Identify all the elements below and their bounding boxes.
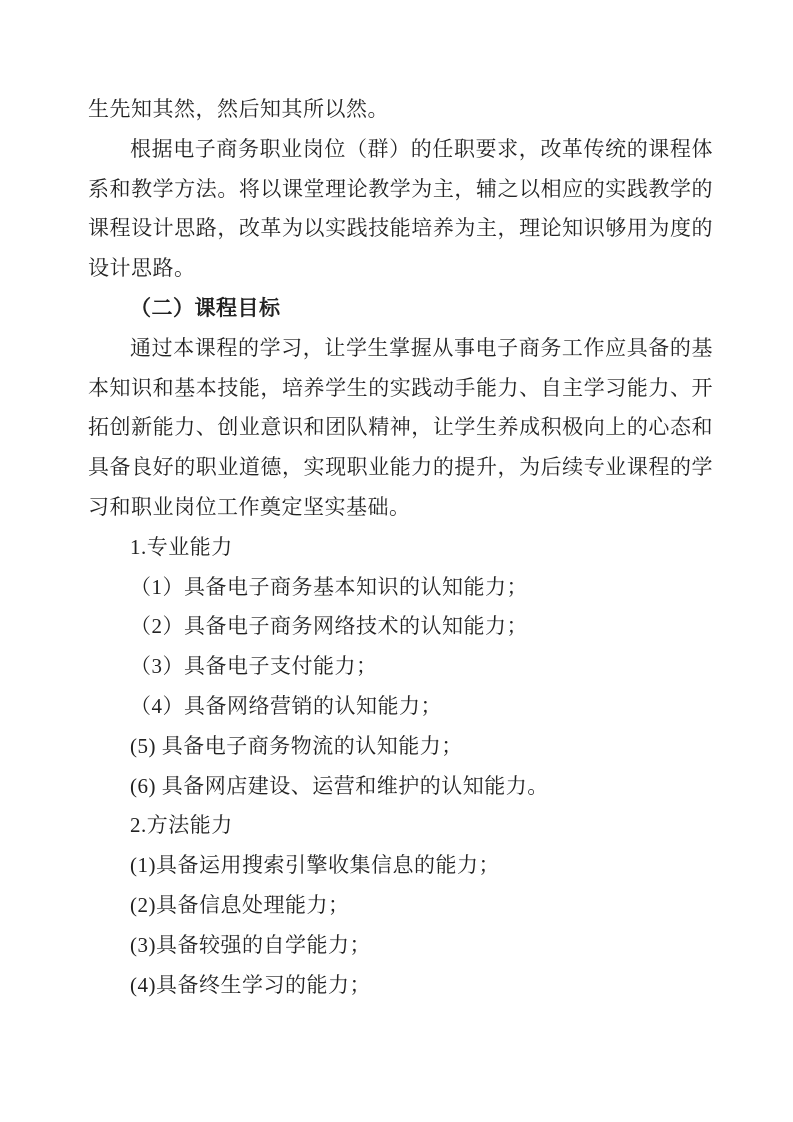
list-item: (2)具备信息处理能力； bbox=[88, 886, 713, 926]
list-item: (5) 具备电子商务物流的认知能力； bbox=[88, 727, 713, 767]
body-paragraph: 通过本课程的学习，让学生掌握从事电子商务工作应具备的基本知识和基本技能，培养学生… bbox=[88, 329, 713, 528]
sub-heading: 1.专业能力 bbox=[88, 528, 713, 568]
list-item: （4）具备网络营销的认知能力； bbox=[88, 687, 713, 727]
section-heading: （二）课程目标 bbox=[88, 289, 713, 329]
body-paragraph: 根据电子商务职业岗位（群）的任职要求，改革传统的课程体系和教学方法。将以课堂理论… bbox=[88, 130, 713, 289]
list-item: (3)具备较强的自学能力； bbox=[88, 926, 713, 966]
document-page: 生先知其然，然后知其所以然。根据电子商务职业岗位（群）的任职要求，改革传统的课程… bbox=[0, 0, 793, 1122]
list-item: (1)具备运用搜索引擎收集信息的能力； bbox=[88, 846, 713, 886]
list-item: （1）具备电子商务基本知识的认知能力； bbox=[88, 568, 713, 608]
list-item: (6) 具备网店建设、运营和维护的认知能力。 bbox=[88, 767, 713, 807]
sub-heading: 2.方法能力 bbox=[88, 806, 713, 846]
list-item: （2）具备电子商务网络技术的认知能力； bbox=[88, 607, 713, 647]
list-item: (4)具备终生学习的能力； bbox=[88, 966, 713, 1006]
body-paragraph: 生先知其然，然后知其所以然。 bbox=[88, 90, 713, 130]
document-content: 生先知其然，然后知其所以然。根据电子商务职业岗位（群）的任职要求，改革传统的课程… bbox=[88, 90, 713, 1005]
list-item: （3）具备电子支付能力； bbox=[88, 647, 713, 687]
